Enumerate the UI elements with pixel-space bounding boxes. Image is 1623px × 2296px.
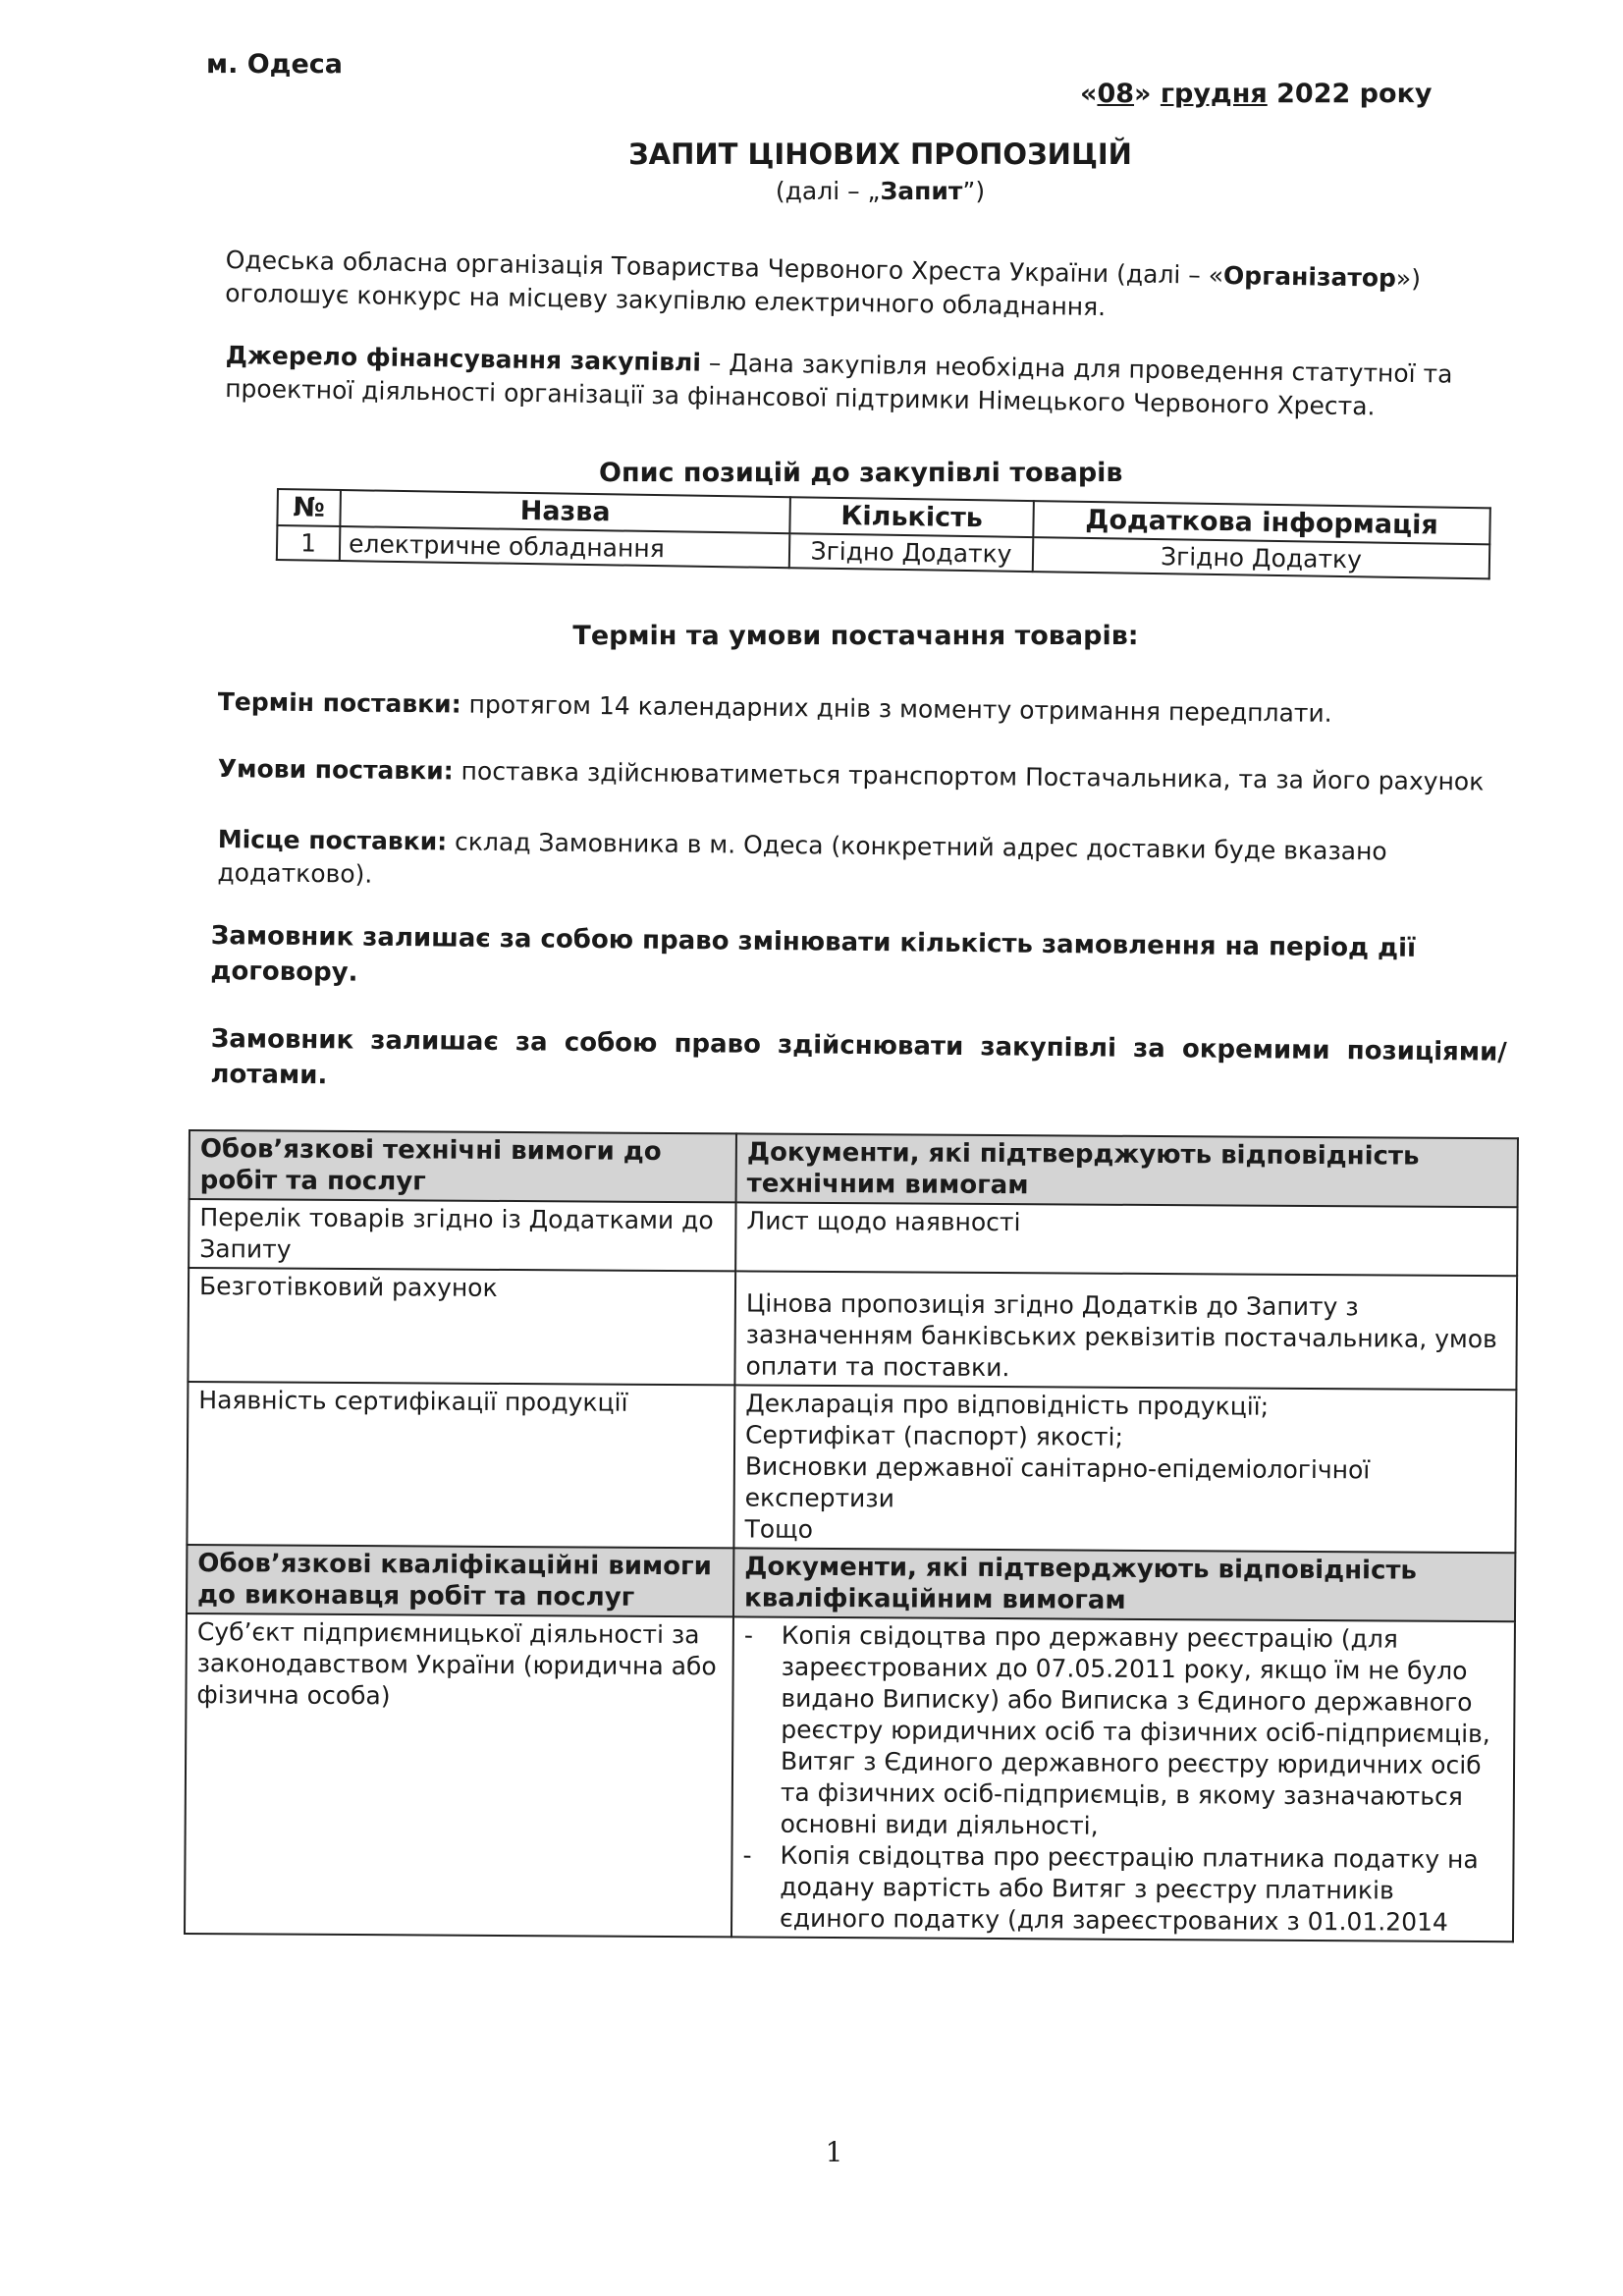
funding-paragraph: Джерело фінансування закупівлі – Дана за… <box>225 339 1522 426</box>
document-page: м. Одеса «08» грудня 2022 року ЗАПИТ ЦІН… <box>0 0 1623 2296</box>
place-label: Місце поставки: <box>218 825 448 855</box>
tech-requirements-header: Обов’язкові технічні вимоги до робіт та … <box>189 1130 1518 1207</box>
document-date: «08» грудня 2022 року <box>1080 79 1433 109</box>
cell-quantity: Згідно Додатку <box>789 533 1034 572</box>
bullet-text: Копія свідоцтва про реєстрацію платника … <box>780 1840 1503 1939</box>
subtitle-suffix: ”) <box>962 177 985 205</box>
documents-cell: Декларація про відповідність продукції; … <box>733 1385 1516 1553</box>
table-row: Перелік товарів згідно із Додатками до З… <box>189 1199 1517 1276</box>
delivery-term: Термін поставки: протягом 14 календарних… <box>218 687 1332 728</box>
list-item: - Копія свідоцтва про державну реєстраці… <box>743 1619 1504 1844</box>
qual-header-documents: Документи, які підтверджують відповідніс… <box>733 1548 1515 1621</box>
subtitle-bold: Запит <box>881 177 963 205</box>
requirement-cell: Безготівковий рахунок <box>188 1268 735 1385</box>
organizer-term: Організатор <box>1223 261 1396 293</box>
doc-line: Висновки державної санітарно-епідеміолог… <box>745 1450 1505 1518</box>
conditions-label: Умови поставки: <box>218 754 454 786</box>
table-row: Суб’єкт підприємницької діяльності за за… <box>185 1613 1515 1941</box>
doc-line: Сертифікат (паспорт) якості; <box>745 1419 1505 1455</box>
quote-open: « <box>1080 79 1097 109</box>
date-year: 2022 року <box>1276 79 1432 109</box>
subtitle-prefix: (далі – „ <box>776 177 881 205</box>
table-row: Безготівковий рахунок Цінова пропозиція … <box>188 1268 1517 1390</box>
cell-number: 1 <box>277 525 341 561</box>
term-text: протягом 14 календарних днів з моменту о… <box>461 690 1332 728</box>
table-row: Наявність сертифікації продукції Деклара… <box>187 1382 1516 1553</box>
note-lots: Замовник залишає за собою право здійснюв… <box>210 1021 1507 1106</box>
city: м. Одеса <box>206 49 343 80</box>
delivery-section-title: Термін та умови постачання товарів: <box>44 621 1623 651</box>
documents-cell: Цінова пропозиція згідно Додатків до Зап… <box>734 1271 1517 1390</box>
dash-bullet-icon: - <box>743 1619 782 1839</box>
page-number: 1 <box>23 2136 1623 2168</box>
delivery-place: Місце поставки: склад Замовника в м. Оде… <box>217 823 1494 903</box>
documents-cell: Лист щодо наявності <box>735 1202 1517 1276</box>
doc-line: Тощо <box>744 1513 1504 1550</box>
document-title: ЗАПИТ ЦІНОВИХ ПРОПОЗИЦІЙ <box>69 137 1623 171</box>
note-quantity-change: Замовник залишає за собою право змінюват… <box>210 918 1507 1003</box>
qual-requirements-header: Обов’язкові кваліфікаційні вимоги до вик… <box>187 1545 1515 1621</box>
items-table-caption: Опис позицій до закупівлі товарів <box>599 458 1123 488</box>
delivery-conditions: Умови поставки: поставка здійснюватиметь… <box>218 754 1485 796</box>
documents-cell: - Копія свідоцтва про державну реєстраці… <box>731 1616 1515 1941</box>
tech-header-documents: Документи, які підтверджують відповідніс… <box>736 1133 1518 1207</box>
dash-bullet-icon: - <box>742 1839 781 1934</box>
document-subtitle: (далі – „Запит”) <box>69 177 1623 205</box>
intro-paragraph: Одеська обласна організація Товариства Ч… <box>225 244 1522 331</box>
requirements-table: Обов’язкові технічні вимоги до робіт та … <box>184 1129 1519 1942</box>
cell-additional-info: Згідно Додатку <box>1033 537 1489 578</box>
date-month: грудня <box>1161 79 1268 109</box>
quote-close: » <box>1134 79 1151 109</box>
term-label: Термін поставки: <box>218 687 461 719</box>
col-number: № <box>277 489 341 526</box>
requirement-cell: Наявність сертифікації продукції <box>187 1382 734 1548</box>
requirement-cell: Суб’єкт підприємницької діяльності за за… <box>185 1613 733 1937</box>
funding-label: Джерело фінансування закупівлі <box>226 341 702 377</box>
col-quantity: Кількість <box>789 497 1034 537</box>
cell-name: електричне обладнання <box>340 526 789 568</box>
doc-line: Декларація про відповідність продукції; <box>745 1388 1505 1424</box>
tech-header-requirement: Обов’язкові технічні вимоги до робіт та … <box>189 1130 736 1202</box>
qual-header-requirement: Обов’язкові кваліфікаційні вимоги до вик… <box>187 1545 733 1616</box>
date-day: 08 <box>1097 79 1134 109</box>
conditions-text: поставка здійснюватиметься транспортом П… <box>454 757 1485 796</box>
bullet-text: Копія свідоцтва про державну реєстрацію … <box>781 1620 1504 1844</box>
requirement-cell: Перелік товарів згідно із Додатками до З… <box>189 1199 735 1271</box>
items-table: № Назва Кількість Додаткова інформація 1… <box>276 488 1491 579</box>
list-item: - Копія свідоцтва про реєстрацію платник… <box>742 1839 1503 1939</box>
